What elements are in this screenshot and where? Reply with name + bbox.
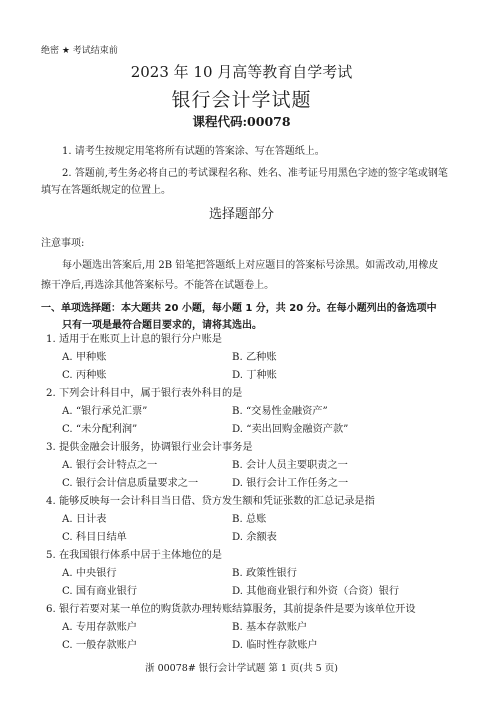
question-4-option-a: A. 日计表 <box>62 510 106 525</box>
question-5-stem: 5. 在我国银行体系中居于主体地位的是 <box>46 546 222 561</box>
question-3-option-d: D. 银行会计工作任务之一 <box>232 474 348 489</box>
question-6-option-c: C. 一般存款账户 <box>62 636 137 651</box>
question-5-option-d: D. 其他商业银行和外资（合资）银行 <box>232 582 399 597</box>
question-2-option-a: A. “银行承兑汇票” <box>62 402 147 417</box>
part-heading-line2: 只有一项是最符合题目要求的，请将其选出。 <box>62 316 262 331</box>
question-3-option-c: C. 银行会计信息质量要求之一 <box>62 474 198 489</box>
question-3-option-b: B. 会计人员主要职责之一 <box>232 456 348 471</box>
question-4-option-b: B. 总账 <box>232 510 266 525</box>
instruction-1: 1. 请考生按规定用笔将所有试题的答案涂、写在答题纸上。 <box>62 142 325 157</box>
question-4-option-d: D. 余额表 <box>232 528 277 543</box>
part-heading-line1: 一、单项选择题：本大题共 20 小题，每小题 1 分，共 20 分。在每小题列出… <box>41 299 437 314</box>
attention-line-1: 每小题选出答案后,用 2B 铅笔把答题纸上对应题目的答案标号涂黑。如需改动,用橡… <box>62 256 438 271</box>
question-4-stem: 4. 能够反映每一会计科目当日借、贷方发生额和凭证张数的汇总记录是指 <box>46 492 375 507</box>
question-3-stem: 3. 提供金融会计服务，协调银行业会计事务是 <box>46 438 253 453</box>
question-5-option-c: C. 国有商业银行 <box>62 582 137 597</box>
question-5-option-b: B. 政策性银行 <box>232 564 297 579</box>
page-footer: 浙 00078# 银行会计学试题 第 1 页(共 5 页) <box>0 660 483 674</box>
question-2-stem: 2. 下列会计科目中，属于银行表外科目的是 <box>46 384 242 399</box>
question-6-option-a: A. 专用存款账户 <box>62 618 137 633</box>
question-1-stem: 1. 适用于在账页上计息的银行分户账是 <box>46 330 222 345</box>
question-1-option-c: C. 丙种账 <box>62 366 106 381</box>
question-6-option-d: D. 临时性存款账户 <box>232 636 318 651</box>
subject-title: 银行会计学试题 <box>0 85 483 112</box>
question-4-option-c: C. 科目日结单 <box>62 528 127 543</box>
attention-label: 注意事项: <box>41 234 84 249</box>
course-code: 课程代码:00078 <box>0 112 483 130</box>
question-1-option-b: B. 乙种账 <box>232 348 277 363</box>
question-2-option-b: B. “交易性金融资产” <box>232 402 328 417</box>
instruction-2-line2: 填写在答题纸规定的位置上。 <box>41 181 171 196</box>
question-2-option-d: D. “卖出回购金融资产款” <box>232 420 348 435</box>
section-title: 选择题部分 <box>0 203 483 222</box>
question-6-stem: 6. 银行若要对某一单位的购货款办理转账结算服务，其前提条件是要为该单位开设 <box>46 600 416 615</box>
question-6-option-b: B. 基本存款账户 <box>232 618 307 633</box>
question-1-option-a: A. 甲种账 <box>62 348 106 363</box>
question-5-option-a: A. 中央银行 <box>62 564 117 579</box>
instruction-2-line1: 2. 答题前,考生务必将自己的考试课程名称、姓名、准考证号用黑色字迹的签字笔或钢… <box>62 164 448 179</box>
confidential-label: 绝密 ★ 考试结束前 <box>41 43 118 56</box>
question-1-option-d: D. 丁种账 <box>232 366 277 381</box>
question-2-option-c: C. “未分配利润” <box>62 420 137 435</box>
exam-title: 2023 年 10 月高等教育自学考试 <box>0 61 483 82</box>
attention-line-2: 擦干净后,再选涂其他答案标号。不能答在试题卷上。 <box>41 276 274 291</box>
question-3-option-a: A. 银行会计特点之一 <box>62 456 157 471</box>
